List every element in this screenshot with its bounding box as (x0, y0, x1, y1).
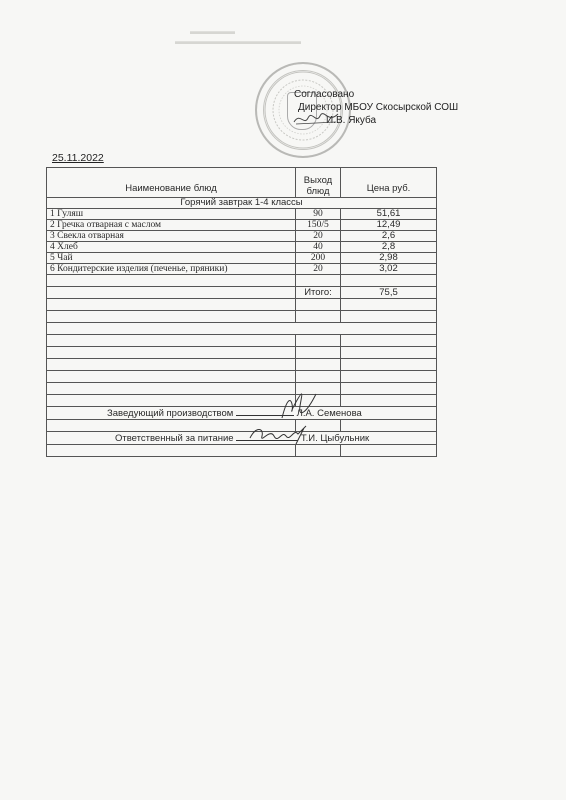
empty-row (47, 275, 437, 287)
dish-name: 6 Кондитерские изделия (печенье, пряники… (47, 264, 296, 275)
dish-output: 90 (296, 209, 341, 220)
dish-name: 3 Свекла отварная (47, 231, 296, 242)
menu-date: 25.11.2022 (52, 152, 104, 164)
dish-name: 5 Чай (47, 253, 296, 264)
table-row: 2 Гречка отварная с маслом 150/5 12,49 (47, 220, 437, 231)
section-row: Горячий завтрак 1-4 классы (47, 198, 437, 209)
table-row: 4 Хлеб 40 2,8 (47, 242, 437, 253)
signature-row-nutrition: Ответственный за питание Т.И. Цыбульник (47, 432, 437, 445)
header-price: Цена руб. (341, 168, 437, 198)
nutrition-responsible-signature-icon (246, 422, 316, 446)
dish-price: 12,49 (341, 220, 437, 231)
table-row: 3 Свекла отварная 20 2,6 (47, 231, 437, 242)
table-row: 5 Чай 200 2,98 (47, 253, 437, 264)
bleed-through-text: ▬▬▬▬▬▬▬▬▬▬▬▬▬▬ (175, 36, 301, 46)
table-row: 1 Гуляш 90 51,61 (47, 209, 437, 220)
dish-name: 2 Гречка отварная с маслом (47, 220, 296, 231)
section-title: Горячий завтрак 1-4 классы (47, 198, 437, 209)
dish-name: 1 Гуляш (47, 209, 296, 220)
empty-row (47, 347, 437, 359)
dish-name: 4 Хлеб (47, 242, 296, 253)
empty-row (47, 420, 437, 432)
empty-row (47, 383, 437, 395)
dish-price: 2,8 (341, 242, 437, 253)
nutrition-responsible-label: Ответственный за питание (115, 433, 234, 444)
dish-output: 200 (296, 253, 341, 264)
header-dish-name: Наименование блюд (47, 168, 296, 198)
total-row: Итого: 75,5 (47, 287, 437, 299)
production-head-signature-icon (276, 392, 320, 422)
empty-row (47, 299, 437, 311)
production-head-label: Заведующий производством (107, 408, 233, 419)
approval-title: Согласовано (290, 88, 458, 101)
bleed-through-text: ▬▬▬▬▬ (190, 26, 235, 36)
dish-output: 150/5 (296, 220, 341, 231)
total-label: Итого: (296, 287, 341, 299)
dish-output: 20 (296, 231, 341, 242)
signature-row-production: Заведующий производством Л.А. Семенова (47, 407, 437, 420)
empty-row (47, 335, 437, 347)
table-row: 6 Кондитерские изделия (печенье, пряники… (47, 264, 437, 275)
dish-price: 3,02 (341, 264, 437, 275)
empty-row (47, 445, 437, 457)
dish-output: 40 (296, 242, 341, 253)
empty-row (47, 311, 437, 323)
empty-row (47, 395, 437, 407)
table-header-row: Наименование блюд Выходблюд Цена руб. (47, 168, 437, 198)
empty-row (47, 359, 437, 371)
dish-price: 2,6 (341, 231, 437, 242)
dish-output: 20 (296, 264, 341, 275)
empty-row (47, 323, 437, 335)
director-signature-icon (292, 110, 340, 128)
menu-table: Наименование блюд Выходблюд Цена руб. Го… (46, 167, 437, 457)
header-output: Выходблюд (296, 168, 341, 198)
empty-row (47, 371, 437, 383)
total-value: 75,5 (341, 287, 437, 299)
dish-price: 2,98 (341, 253, 437, 264)
dish-price: 51,61 (341, 209, 437, 220)
